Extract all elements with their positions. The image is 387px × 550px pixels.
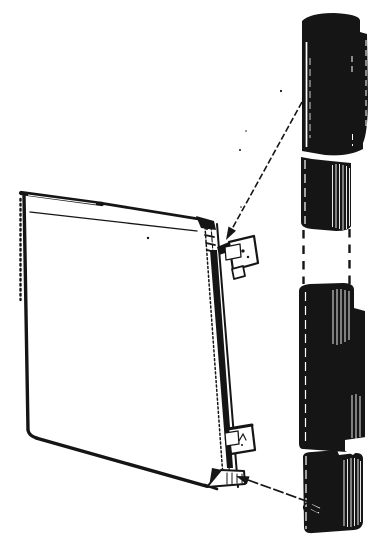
- lower-clip-rivet: [241, 444, 243, 446]
- upper-clip-notch: [225, 244, 241, 260]
- scan-speckle-3: [147, 237, 149, 239]
- illustration-canvas: [0, 0, 387, 550]
- panel-face: [23, 195, 226, 479]
- scan-speckle-4: [245, 130, 247, 132]
- rod-segment-3: [299, 283, 365, 452]
- scan-speckle-5: [240, 206, 242, 208]
- paper-fill-layer: [23, 195, 226, 479]
- rod-segment-top-cylinder: [302, 13, 368, 155]
- rod-segment-2: [301, 157, 351, 231]
- rod-segment-4: [303, 450, 363, 533]
- lower-clip-notch: [225, 431, 239, 446]
- upper-clip-rivet-2: [247, 256, 249, 258]
- scan-speckle-2: [239, 149, 241, 151]
- upper-clip-rivet-1: [241, 249, 244, 252]
- scan-speckle-1: [280, 90, 282, 92]
- figure-svg: [0, 0, 387, 550]
- upper-clip-tab: [232, 266, 245, 279]
